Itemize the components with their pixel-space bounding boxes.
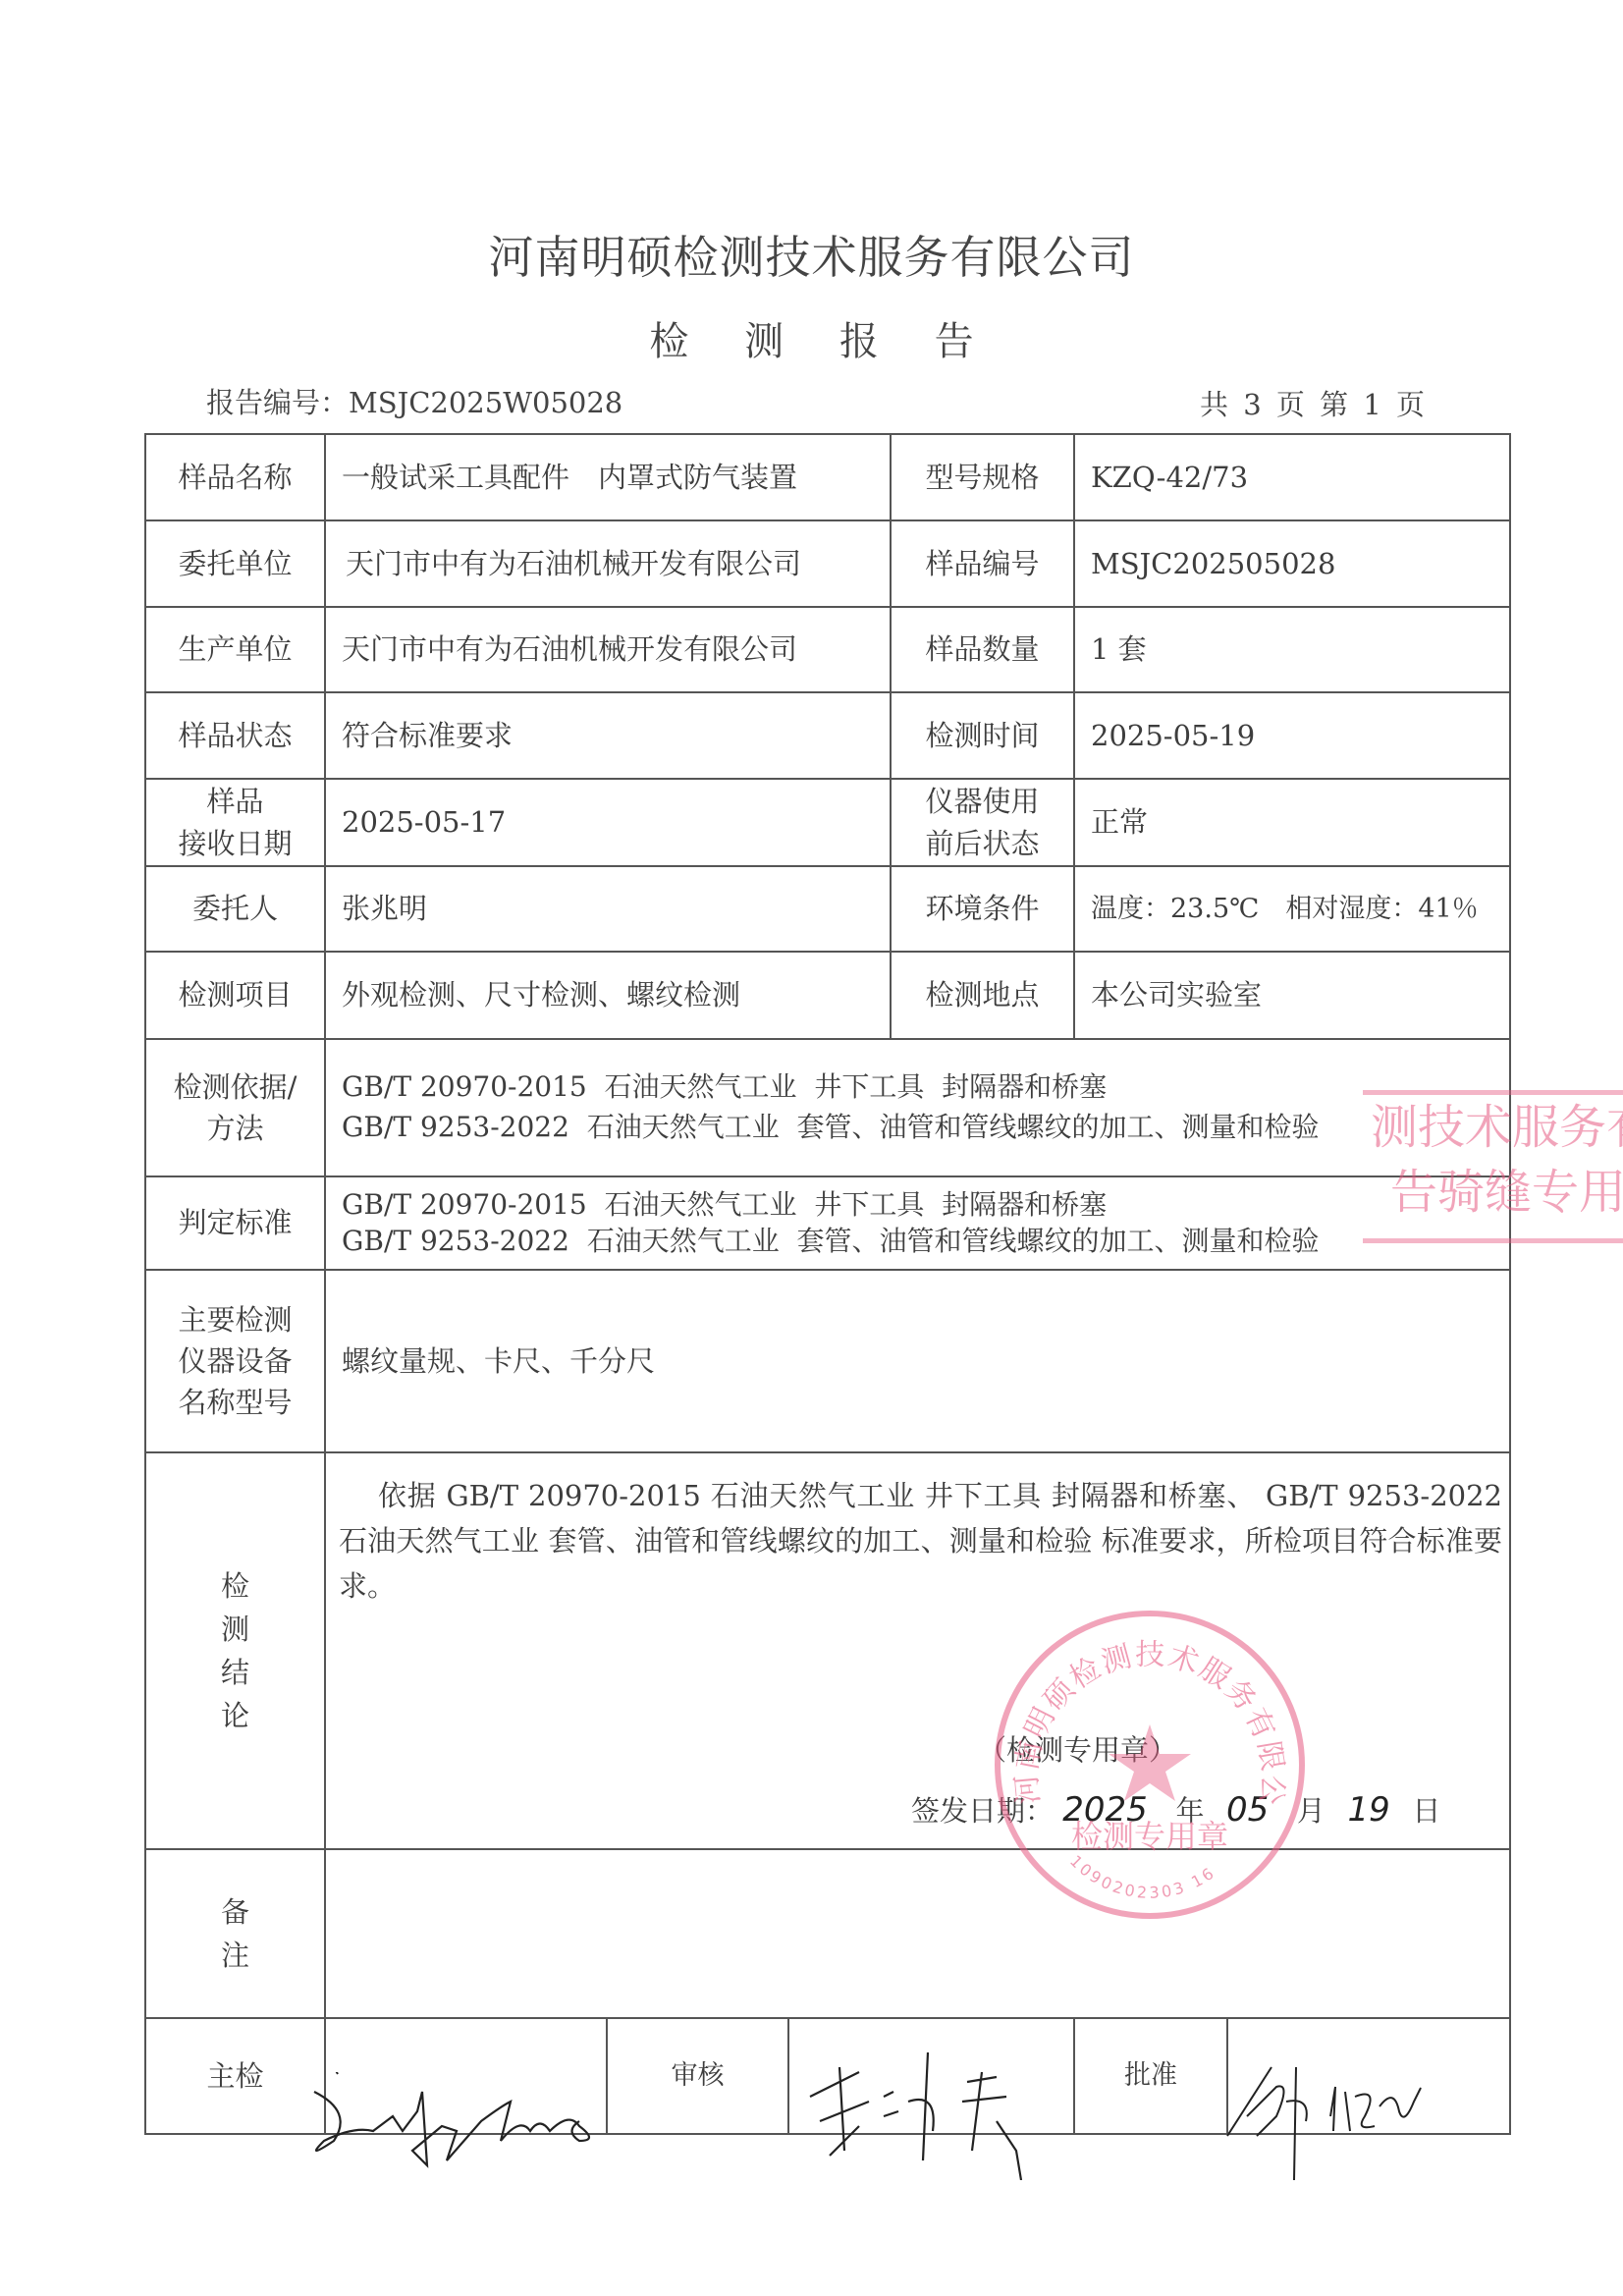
label-char: 结 — [221, 1651, 249, 1694]
page-info: 共 3 页 第 1 页 — [1200, 383, 1425, 423]
value-model-spec: KZQ-42/73 — [1075, 435, 1509, 519]
standard-line: GB/T 20970-2015 石油天然气工业 井下工具 封隔器和桥塞 — [342, 1067, 1320, 1108]
label-criteria: 判定标准 — [146, 1177, 324, 1269]
standard-line: GB/T 20970-2015 石油天然气工业 井下工具 封隔器和桥塞 — [342, 1187, 1320, 1223]
label-test-location: 检测地点 — [892, 953, 1073, 1038]
label-line: 样品 — [206, 781, 263, 822]
label-inspector: 主检 — [146, 2019, 324, 2133]
month-unit: 月 — [1297, 1789, 1325, 1830]
label-conclusion-stack: 检 测 结 论 — [221, 1564, 249, 1737]
issue-date: 签发日期： 2025 年 05 月 19 日 — [911, 1789, 1440, 1830]
issue-date-label: 签发日期： — [911, 1789, 1054, 1830]
label-receive-date: 样品 接收日期 — [146, 780, 324, 865]
report-number-label: 报告编号： — [206, 386, 349, 419]
label-receive-date-stack: 样品 接收日期 — [178, 781, 292, 863]
sig-divider — [787, 2017, 789, 2135]
label-line: 检测依据/ — [174, 1066, 298, 1108]
seam-seal: 测技术服务有限 告骑缝专用 — [1363, 1090, 1623, 1243]
report-number-value: MSJC2025W05028 — [349, 386, 622, 419]
label-line: 仪器使用 — [925, 781, 1039, 822]
label-client-person: 委托人 — [146, 867, 324, 951]
label-line: 接收日期 — [178, 823, 292, 864]
label-test-items: 检测项目 — [146, 953, 324, 1038]
label-conclusion: 检 测 结 论 — [146, 1453, 324, 1848]
svg-text:河南明硕检测技术服务有限公司: 河南明硕检测技术服务有限公司 — [1001, 1616, 1290, 1808]
label-sample-status: 样品状态 — [146, 693, 324, 778]
row-divider — [144, 2017, 1510, 2019]
label-sample-qty: 样品数量 — [892, 608, 1073, 691]
reviewer-signature — [800, 2043, 1046, 2180]
label-model-spec: 型号规格 — [892, 435, 1073, 519]
issue-day: 19 — [1334, 1790, 1403, 1830]
label-sample-name: 样品名称 — [146, 435, 324, 519]
label-line: 前后状态 — [925, 823, 1039, 864]
label-instrument-status: 仪器使用 前后状态 — [892, 780, 1073, 865]
label-remarks: 备 注 — [146, 1850, 324, 2017]
value-test-location: 本公司实验室 — [1075, 953, 1509, 1038]
approver-signature — [1217, 2048, 1453, 2185]
standard-line: GB/T 9253-2022 石油天然气工业 套管、油管和管线螺纹的加工、测量和… — [342, 1224, 1320, 1259]
table-border-bottom — [144, 2133, 1510, 2135]
label-reviewer: 审核 — [608, 2019, 787, 2133]
value-test-items: 外观检测、尺寸检测、螺纹检测 — [326, 953, 890, 1038]
value-sample-no: MSJC202505028 — [1075, 521, 1509, 606]
label-char: 测 — [221, 1608, 249, 1651]
label-equipment: 主要检测 仪器设备 名称型号 — [146, 1271, 324, 1451]
value-test-date: 2025-05-19 — [1075, 693, 1509, 778]
label-char: 论 — [221, 1694, 249, 1737]
label-approver: 批准 — [1075, 2019, 1226, 2133]
criteria-lines: GB/T 20970-2015 石油天然气工业 井下工具 封隔器和桥塞 GB/T… — [342, 1187, 1320, 1259]
value-sample-status: 符合标准要求 — [326, 693, 890, 778]
label-manufacturer: 生产单位 — [146, 608, 324, 691]
table-border-right — [1509, 433, 1511, 2135]
label-test-basis-stack: 检测依据/ 方法 — [174, 1066, 298, 1149]
day-unit: 日 — [1412, 1789, 1440, 1830]
seam-seal-line1: 测技术服务有限 — [1371, 1095, 1623, 1160]
value-sample-qty: 1 套 — [1075, 608, 1509, 691]
value-criteria: GB/T 20970-2015 石油天然气工业 井下工具 封隔器和桥塞 GB/T… — [326, 1177, 1509, 1269]
company-name: 河南明硕检测技术服务有限公司 — [0, 222, 1623, 287]
conclusion-text: 依据 GB/T 20970-2015 石油天然气工业 井下工具 封隔器和桥塞、 … — [339, 1473, 1502, 1609]
value-environment: 温度：23.5℃ 相对湿度：41％ — [1075, 867, 1509, 951]
report-number: 报告编号：MSJC2025W05028 — [206, 381, 622, 421]
label-line: 名称型号 — [178, 1382, 292, 1423]
label-test-basis: 检测依据/ 方法 — [146, 1040, 324, 1175]
label-remarks-stack: 备 注 — [221, 1890, 249, 1977]
value-sample-name: 一般试采工具配件 内罩式防气装置 — [326, 435, 890, 519]
value-client: 天门市中有为石油机械开发有限公司 — [326, 521, 890, 606]
row-divider — [144, 1451, 1510, 1453]
label-line: 仪器设备 — [178, 1340, 292, 1382]
value-receive-date: 2025-05-17 — [326, 780, 890, 865]
label-sample-no: 样品编号 — [892, 521, 1073, 606]
label-line: 主要检测 — [178, 1299, 292, 1340]
label-char: 检 — [221, 1564, 249, 1608]
label-line: 方法 — [206, 1108, 263, 1149]
seam-seal-line2: 告骑缝专用 — [1371, 1160, 1623, 1225]
standard-line: GB/T 9253-2022 石油天然气工业 套管、油管和管线螺纹的加工、测量和… — [342, 1108, 1320, 1148]
label-instrument-status-stack: 仪器使用 前后状态 — [925, 781, 1039, 863]
document-title: 检 测 报 告 — [0, 310, 1623, 366]
value-client-person: 张兆明 — [326, 867, 890, 951]
value-remarks — [326, 1850, 1509, 2017]
stamp-label: （检测专用章） — [978, 1728, 1177, 1769]
value-equipment: 螺纹量规、卡尺、千分尺 — [326, 1271, 1509, 1451]
label-client: 委托单位 — [146, 521, 324, 606]
issue-month: 05 — [1214, 1790, 1282, 1830]
label-test-date: 检测时间 — [892, 693, 1073, 778]
value-instrument-status: 正常 — [1075, 780, 1509, 865]
value-test-basis: GB/T 20970-2015 石油天然气工业 井下工具 封隔器和桥塞 GB/T… — [326, 1040, 1509, 1175]
label-environment: 环境条件 — [892, 867, 1073, 951]
issue-year: 2025 — [1062, 1790, 1161, 1830]
inspector-signature — [285, 2072, 619, 2170]
label-char: 注 — [221, 1934, 249, 1977]
sig-divider — [1226, 2017, 1228, 2135]
year-unit: 年 — [1175, 1789, 1204, 1830]
basis-lines: GB/T 20970-2015 石油天然气工业 井下工具 封隔器和桥塞 GB/T… — [342, 1067, 1320, 1147]
label-equipment-stack: 主要检测 仪器设备 名称型号 — [178, 1299, 292, 1423]
label-char: 备 — [221, 1890, 249, 1934]
seal-ring-text: 河南明硕检测技术服务有限公司 — [1001, 1616, 1290, 1808]
value-manufacturer: 天门市中有为石油机械开发有限公司 — [326, 608, 890, 691]
